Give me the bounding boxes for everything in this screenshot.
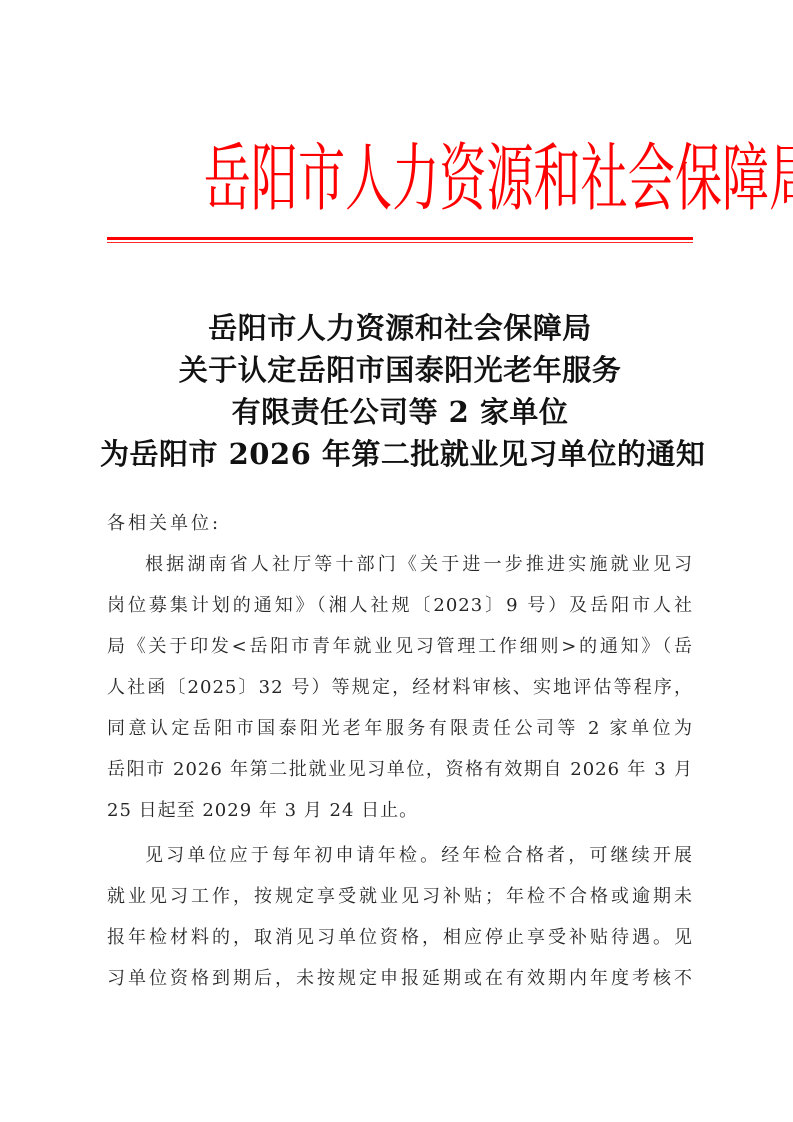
paragraph-2: 见习单位应于每年初申请年检。经年检合格者，可继续开展 就业见习工作，按规定享受就… xyxy=(107,835,693,999)
red-divider-thin xyxy=(107,242,693,243)
paragraph-line: 同意认定岳阳市国泰阳光老年服务有限责任公司等 2 家单位为 xyxy=(107,708,693,749)
paragraph-line: 局《关于印发<岳阳市青年就业见习管理工作细则>的通知》（岳 xyxy=(107,626,693,667)
paragraph-line: 人社函〔2025〕32 号）等规定，经材料审核、实地评估等程序， xyxy=(107,667,693,708)
title-line-4: 为岳阳市 2026 年第二批就业见习单位的通知 xyxy=(100,433,700,475)
paragraph-line: 就业见习工作，按规定享受就业见习补贴；年检不合格或逾期未 xyxy=(107,876,693,917)
paragraph-line: 根据湖南省人社厅等十部门《关于进一步推进实施就业见习 xyxy=(107,544,693,585)
red-divider-thick xyxy=(107,237,693,240)
paragraph-1: 根据湖南省人社厅等十部门《关于进一步推进实施就业见习 岗位募集计划的通知》（湘人… xyxy=(107,544,693,831)
salutation: 各相关单位: xyxy=(107,503,693,544)
agency-masthead: 岳阳市人力资源和社会保障局 xyxy=(107,138,693,222)
paragraph-line: 岗位募集计划的通知》（湘人社规〔2023〕9 号）及岳阳市人社 xyxy=(107,585,693,626)
paragraph-line: 见习单位应于每年初申请年检。经年检合格者，可继续开展 xyxy=(107,835,693,876)
paragraph-line: 报年检材料的，取消见习单位资格，相应停止享受补贴待遇。见 xyxy=(107,917,693,958)
paragraph-line: 岳阳市 2026 年第二批就业见习单位，资格有效期自 2026 年 3 月 xyxy=(107,749,693,790)
paragraph-line: 习单位资格到期后，未按规定申报延期或在有效期内年度考核不 xyxy=(107,958,693,999)
title-line-1: 岳阳市人力资源和社会保障局 xyxy=(100,307,700,349)
agency-name-header: 岳阳市人力资源和社会保障局 xyxy=(204,130,793,229)
document-page: 岳阳市人力资源和社会保障局 岳阳市人力资源和社会保障局 关于认定岳阳市国泰阳光老… xyxy=(0,0,793,1122)
document-title: 岳阳市人力资源和社会保障局 关于认定岳阳市国泰阳光老年服务 有限责任公司等 2 … xyxy=(100,307,700,475)
paragraph-line: 25 日起至 2029 年 3 月 24 日止。 xyxy=(107,790,693,831)
document-body: 各相关单位: 根据湖南省人社厅等十部门《关于进一步推进实施就业见习 岗位募集计划… xyxy=(107,503,693,999)
title-line-2: 关于认定岳阳市国泰阳光老年服务 xyxy=(100,349,700,391)
title-line-3: 有限责任公司等 2 家单位 xyxy=(100,391,700,433)
